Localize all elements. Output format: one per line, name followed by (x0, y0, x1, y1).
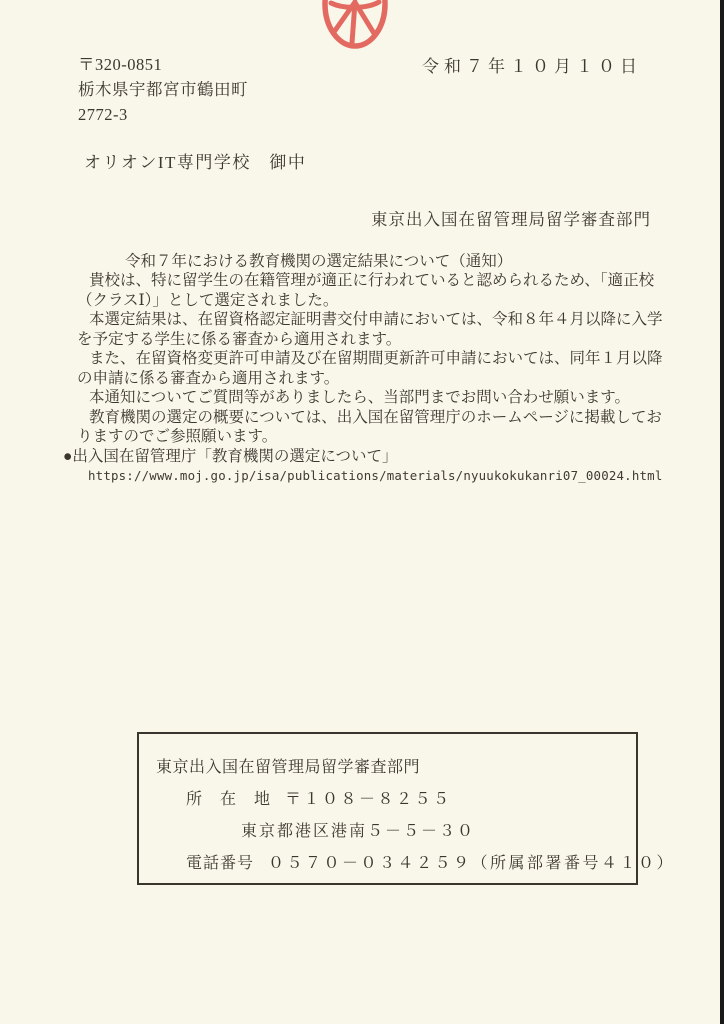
recipient-address-block: 〒320-0851 栃木県宇都宮市鶴田町 2772-3 (78, 52, 248, 127)
postal-code: 〒320-0851 (78, 52, 248, 77)
body-line: りますのでご参照願います。 (77, 427, 677, 446)
letter-date: 令和７年１０月１０日 (422, 52, 642, 77)
reference-bullet-line: ●出入国在留管理庁「教育機関の選定について」 (63, 447, 677, 466)
recipient-name: オリオンIT専門学校 御中 (84, 148, 306, 173)
body-line: 教育機関の選定の概要については、出入国在留管理庁のホームページに掲載してお (77, 408, 677, 427)
sender-department: 東京出入国在留管理局留学審査部門 (371, 206, 651, 230)
red-seal-stamp (315, 0, 395, 50)
phone-label: 電話番号 (186, 855, 254, 872)
contact-phone-number: ０５７０－０３４２５９（所属部署番号４１０） (268, 855, 675, 872)
contact-department: 東京出入国在留管理局留学審査部門 (156, 754, 636, 777)
body-line: を予定する学生に係る審査から適用されます。 (77, 330, 677, 349)
body-line: 本選定結果は、在留資格認定証明書交付申請においては、令和８年４月以降に入学 (77, 310, 677, 329)
address-line-1: 栃木県宇都宮市鶴田町 (78, 77, 248, 102)
body-line: 本通知についてご質問等がありましたら、当部門までお問い合わせ願います。 (77, 388, 677, 407)
contact-phone-row: 電話番号０５７０－０３４２５９（所属部署番号４１０） (186, 850, 636, 873)
body-line: の申請に係る審査から適用されます。 (77, 369, 677, 388)
contact-info-box: 東京出入国在留管理局留学審査部門 所 在 地〒１０８－８２５５ 東京都港区港南５… (137, 732, 638, 885)
contact-street-address: 東京都港区港南５－５－３０ (241, 818, 636, 841)
contact-postal-code: 〒１０８－８２５５ (285, 791, 452, 808)
address-line-2: 2772-3 (78, 102, 248, 127)
contact-address-row: 所 在 地〒１０８－８２５５ (186, 786, 636, 809)
body-line: 貴校は、特に留学生の在籍管理が適正に行われていると認められるため、「適正校 (77, 271, 677, 290)
subject-line: 令和７年における教育機関の選定結果について（通知） (77, 252, 677, 271)
letter-body: 令和７年における教育機関の選定結果について（通知） 貴校は、特に留学生の在籍管理… (77, 252, 677, 485)
body-line: また、在留資格変更許可申請及び在留期間更新許可申請においては、同年１月以降 (77, 349, 677, 368)
scan-edge-strip (720, 0, 724, 1024)
body-line: （クラスⅠ）」として選定されました。 (77, 291, 677, 310)
reference-url: https://www.moj.go.jp/isa/publications/m… (77, 466, 677, 485)
scanned-letter-page: 令和７年１０月１０日 〒320-0851 栃木県宇都宮市鶴田町 2772-3 オ… (0, 0, 724, 1024)
address-label: 所 在 地 (186, 791, 271, 808)
